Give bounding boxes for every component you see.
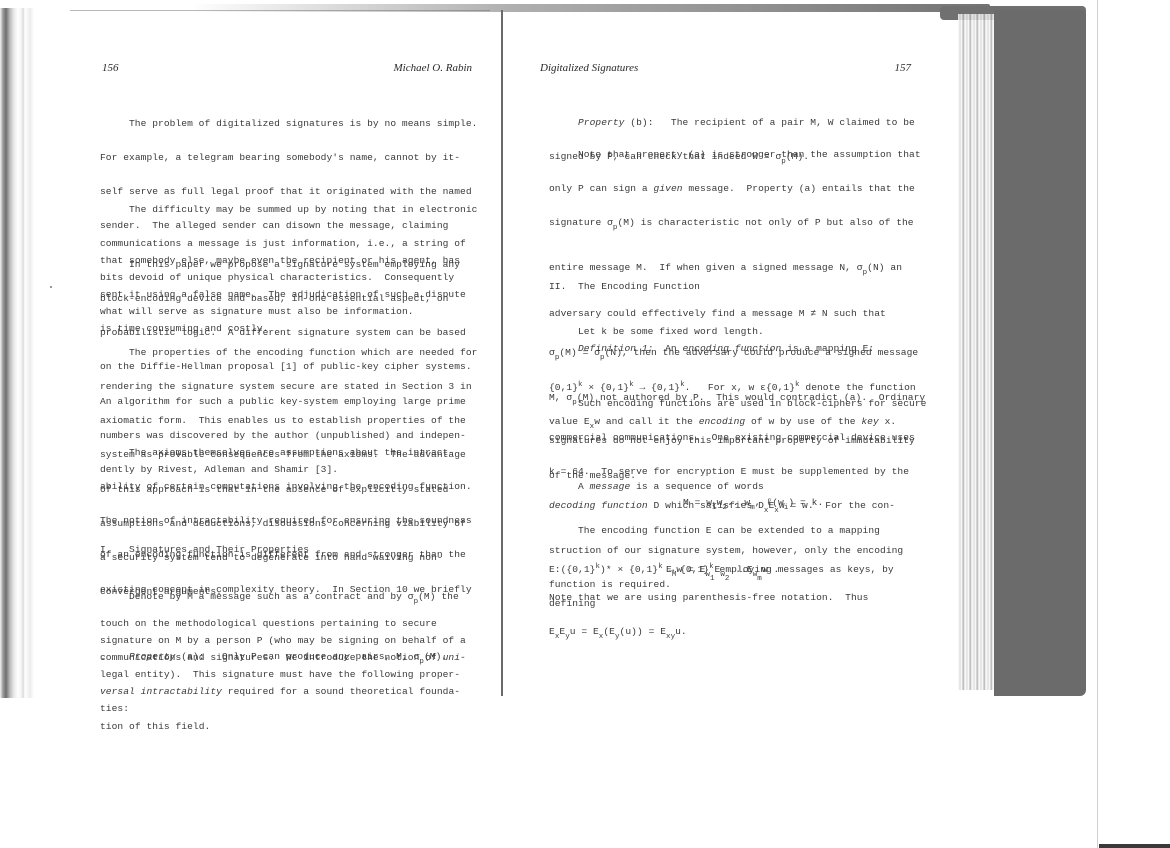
section-heading-1: I. Signatures and Their Properties (100, 544, 309, 555)
section-heading-2: II. The Encoding Function (549, 281, 700, 292)
chapter-title: Digitalized Signatures (540, 62, 638, 74)
scan-top-shadow (190, 4, 990, 12)
author-name: Michael O. Rabin (393, 62, 472, 74)
running-head: Digitalized Signatures 157 (549, 62, 909, 78)
book-page-stack (958, 14, 994, 690)
book-left-edge (0, 8, 40, 698)
scan-border (1097, 0, 1098, 848)
running-head: 156 Michael O. Rabin (100, 62, 470, 78)
scan-corner-bar (1099, 844, 1170, 848)
page-number: 157 (895, 62, 912, 74)
book-cover-shadow (994, 10, 1086, 696)
property-a: Property (a): Only P can produce any pai… (100, 628, 447, 691)
book-gutter (501, 10, 503, 696)
page-number: 156 (102, 62, 119, 74)
scan-speck (50, 286, 52, 288)
paragraph-notation: Note that we are using parenthesis-free … (549, 569, 868, 666)
